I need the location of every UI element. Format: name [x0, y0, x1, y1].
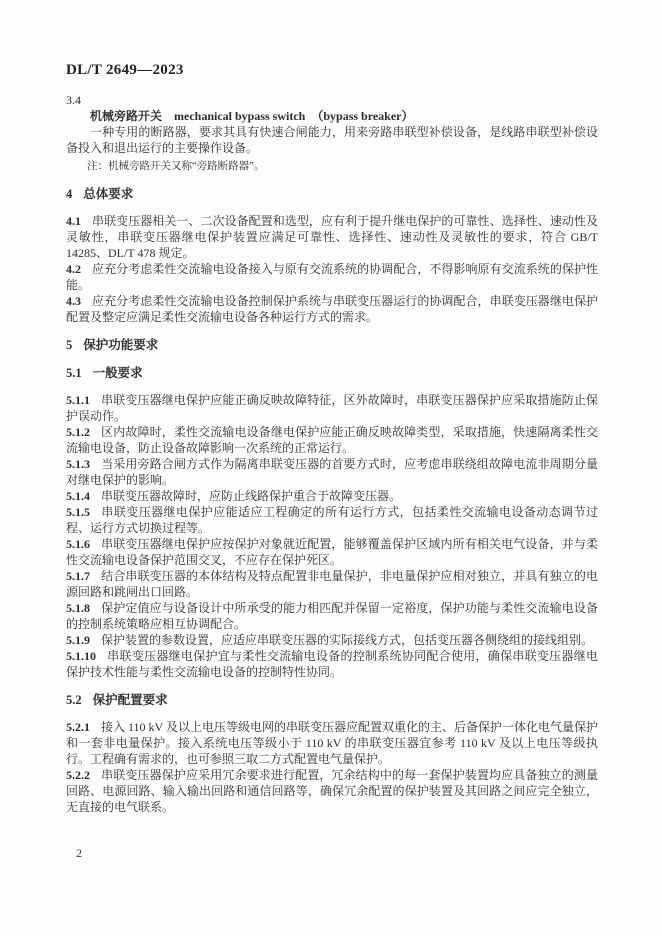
clause-paragraph: 5.1.2区内故障时，柔性交流输电设备继电保护应能正确反映故障类型，采取措施，快… [66, 424, 598, 456]
clause-num: 5.1.5 [66, 505, 90, 519]
block-text: 接入 110 kV 及以上电压等级电网的串联变压器应配置双重化的主、后备保护一体… [66, 720, 598, 766]
clause-paragraph: 4.3应充分考虑柔性交流输电设备控制保护系统与串联变压器运行的协调配合，串联变压… [66, 293, 598, 325]
clause-num: 5.2 [66, 693, 82, 707]
clause-paragraph: 5.1.3当采用旁路合闸方式作为隔离串联变压器的首要方式时，应考虑串联绕组故障电… [66, 456, 598, 488]
page-number: 2 [76, 846, 82, 861]
block-text: 一般要求 [93, 366, 143, 380]
clause-paragraph: 5.1.6串联变压器继电保护应按保护对象就近配置，能够覆盖保护区域内所有相关电气… [66, 536, 598, 568]
clause-num: 5.1.1 [66, 393, 90, 407]
block-text: 应充分考虑柔性交流输电设备接入与原有交流系统的协调配合，不得影响原有交流系统的保… [66, 262, 598, 292]
clause-num: 5.1 [66, 366, 82, 380]
clause-paragraph: 5.1.1串联变压器继电保护应能正确反映故障特征，区外故障时，串联变压器保护应采… [66, 392, 598, 424]
note: 注：机械旁路开关又称“旁路断路器”。 [87, 159, 598, 174]
clause-num: 5.1.10 [66, 649, 96, 663]
clause-num: 4.1 [66, 214, 81, 228]
block-text: 串联变压器继电保护应能适应工程确定的所有运行方式，包括柔性交流输电设备动态调节过… [66, 505, 598, 535]
block-text: 应充分考虑柔性交流输电设备控制保护系统与串联变压器运行的协调配合，串联变压器继电… [66, 294, 598, 324]
block-text: 3.4 [66, 93, 81, 107]
clause-num: 5 [66, 338, 72, 352]
block-text: 串联变压器相关一、二次设备配置和选型，应有利于提升继电保护的可靠性、选择性、速动… [66, 214, 598, 260]
block-text: 注：机械旁路开关又称“旁路断路器”。 [87, 161, 264, 172]
clause-num: 5.1.8 [66, 601, 90, 615]
block-text: 保护装置的参数设置，应适应串联变压器的实际接线方式，包括变压器各侧绕组的接线组别… [101, 633, 593, 647]
clause-paragraph: 5.2.2串联变压器保护应采用冗余要求进行配置，冗余结构中的每一套保护装置均应具… [66, 767, 598, 815]
standard-number: DL/T 2649—2023 [66, 62, 598, 79]
block-text: 串联变压器故障时，应防止线路保护重合于故障变压器。 [101, 489, 401, 503]
clause-num: 5.1.4 [66, 489, 90, 503]
block-text: 串联变压器继电保护应按保护对象就近配置，能够覆盖保护区域内所有相关电气设备，并与… [66, 537, 598, 567]
block-text: 当采用旁路合闸方式作为隔离串联变压器的首要方式时，应考虑串联绕组故障电流非周期分… [66, 457, 598, 487]
block-text: 机械旁路开关 mechanical bypass switch （bypass … [90, 109, 413, 123]
clause-paragraph: 5.1.7结合串联变压器的本体结构及特点配置非电量保护，非电量保护应相对独立，并… [66, 568, 598, 600]
block-text: 总体要求 [83, 187, 133, 201]
clause-paragraph: 5.1.5串联变压器继电保护应能适应工程确定的所有运行方式，包括柔性交流输电设备… [66, 504, 598, 536]
clause-paragraph: 5.1.8保护定值应与设备设计中所承受的能力相匹配并保留一定裕度，保护功能与柔性… [66, 600, 598, 632]
block-text: 串联变压器保护应采用冗余要求进行配置，冗余结构中的每一套保护装置均应具备独立的测… [66, 768, 598, 814]
clause-num: 5.2.2 [66, 768, 90, 782]
clause-num: 4.2 [66, 262, 81, 276]
clause-paragraph: 5.1.4串联变压器故障时，应防止线路保护重合于故障变压器。 [66, 488, 598, 504]
section-heading: 5.1一般要求 [66, 365, 598, 381]
section-heading: 5.2保护配置要求 [66, 692, 598, 708]
term-heading: 机械旁路开关 mechanical bypass switch （bypass … [66, 108, 598, 124]
clause-num: 5.1.3 [66, 457, 90, 471]
block-text: 结合串联变压器的本体结构及特点配置非电量保护，非电量保护应相对独立，并具有独立的… [66, 569, 598, 599]
clause-paragraph: 5.1.9保护装置的参数设置，应适应串联变压器的实际接线方式，包括变压器各侧绕组… [66, 632, 598, 648]
section-heading: 4总体要求 [66, 186, 598, 202]
block-text: 一种专用的断路器，要求其具有快速合闸能力，用来旁路串联型补偿设备，是线路串联型补… [66, 125, 598, 155]
block-text: 串联变压器继电保护应能正确反映故障特征，区外故障时，串联变压器保护应采取措施防止… [66, 393, 598, 423]
clause-paragraph: 4.2应充分考虑柔性交流输电设备接入与原有交流系统的协调配合，不得影响原有交流系… [66, 261, 598, 293]
block-text: 保护配置要求 [93, 693, 168, 707]
clause-paragraph: 5.1.10串联变压器继电保护宜与柔性交流输电设备的控制系统协同配合使用，确保串… [66, 648, 598, 680]
definition-paragraph: 一种专用的断路器，要求其具有快速合闸能力，用来旁路串联型补偿设备，是线路串联型补… [66, 124, 598, 156]
block-text: 串联变压器继电保护宜与柔性交流输电设备的控制系统协同配合使用，确保串联变压器继电… [66, 649, 598, 679]
clause-num: 5.2.1 [66, 720, 90, 734]
document-content: 3.4机械旁路开关 mechanical bypass switch （bypa… [66, 92, 598, 815]
clause-paragraph: 5.2.1接入 110 kV 及以上电压等级电网的串联变压器应配置双重化的主、后… [66, 719, 598, 767]
clause-number: 3.4 [66, 92, 598, 108]
block-text: 保护功能要求 [83, 338, 158, 352]
block-text: 区内故障时，柔性交流输电设备继电保护应能正确反映故障类型，采取措施，快速隔离柔性… [66, 425, 598, 455]
block-text: 保护定值应与设备设计中所承受的能力相匹配并保留一定裕度，保护功能与柔性交流输电设… [66, 601, 598, 631]
section-heading: 5保护功能要求 [66, 337, 598, 353]
clause-num: 4 [66, 187, 72, 201]
clause-num: 5.1.7 [66, 569, 90, 583]
clause-num: 5.1.6 [66, 537, 90, 551]
clause-num: 5.1.9 [66, 633, 90, 647]
clause-paragraph: 4.1串联变压器相关一、二次设备配置和选型，应有利于提升继电保护的可靠性、选择性… [66, 213, 598, 261]
clause-num: 4.3 [66, 294, 81, 308]
clause-num: 5.1.2 [66, 425, 90, 439]
document-page: DL/T 2649—2023 3.4机械旁路开关 mechanical bypa… [0, 0, 662, 936]
